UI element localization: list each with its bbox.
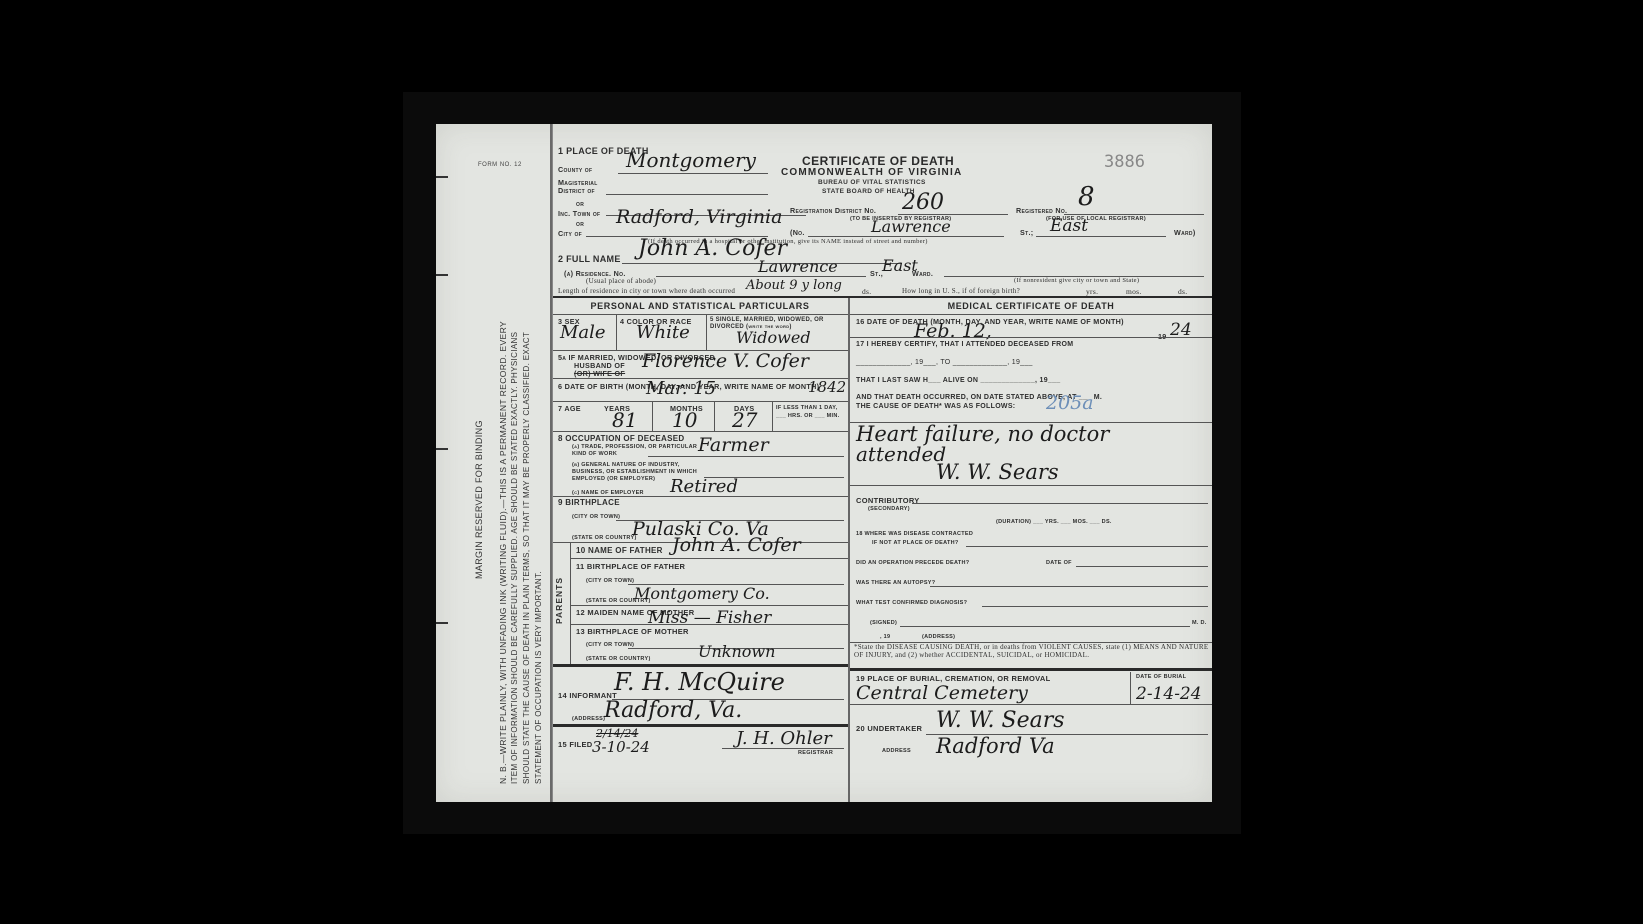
md-label: M. D. bbox=[1192, 620, 1207, 626]
mother-state-label: (STATE OR COUNTRY) bbox=[586, 656, 651, 662]
rule bbox=[982, 606, 1208, 607]
city-label: City of bbox=[558, 229, 582, 238]
cause-code: 205a bbox=[1046, 392, 1094, 414]
street-value: Lawrence bbox=[871, 217, 951, 236]
registered-line bbox=[1064, 214, 1204, 215]
contributory-label: CONTRIBUTORY bbox=[856, 496, 920, 505]
parents-side-label: PARENTS bbox=[554, 577, 564, 624]
attended-dates: _____________, 19___, TO _____________, … bbox=[856, 359, 1033, 366]
ward-value: East bbox=[1050, 216, 1088, 236]
certify-label: 17 I HEREBY CERTIFY, THAT I ATTENDED DEC… bbox=[856, 341, 1073, 348]
rule bbox=[648, 456, 844, 457]
magisterial-label: Magisterial District of bbox=[558, 179, 618, 195]
district-value: 260 bbox=[902, 190, 944, 215]
street-line bbox=[808, 236, 1004, 237]
ward-line bbox=[1036, 236, 1166, 237]
ds-label: ds. bbox=[862, 287, 871, 296]
length-label: Length of residence in city or town wher… bbox=[558, 287, 735, 295]
spouse-value: Florence V. Cofer bbox=[642, 350, 809, 372]
registered-no-label: Registered No. bbox=[1016, 206, 1067, 215]
county-label: County of bbox=[558, 165, 592, 174]
age-days: 27 bbox=[732, 408, 757, 432]
informant-value: F. H. McQuire bbox=[614, 668, 785, 696]
full-name-label: 2 FULL NAME bbox=[558, 254, 621, 264]
rule bbox=[966, 546, 1208, 547]
marital-value: Widowed bbox=[736, 328, 811, 347]
binding-tick bbox=[436, 176, 448, 178]
magisterial-line bbox=[606, 194, 768, 195]
contracted-label: 18 WHERE WAS DISEASE CONTRACTED bbox=[856, 531, 973, 537]
abode-note: (Usual place of abode) bbox=[586, 277, 656, 285]
cause-signature: W. W. Sears bbox=[936, 460, 1059, 484]
employer-value: Retired bbox=[670, 476, 738, 497]
rule bbox=[552, 496, 848, 497]
filed-date: 3-10-24 bbox=[592, 738, 650, 756]
nonresident-note: (If nonresident give city or town and St… bbox=[1014, 277, 1139, 284]
county-value: Montgomery bbox=[626, 148, 756, 172]
dob-value: Mar. 15 bbox=[646, 378, 716, 399]
margin-rule bbox=[552, 124, 553, 802]
city-value: Radford, Virginia bbox=[616, 206, 782, 228]
death-certificate: FORM NO. 12 MARGIN RESERVED FOR BINDING … bbox=[436, 124, 1212, 802]
personal-header: PERSONAL AND STATISTICAL PARTICULARS bbox=[552, 301, 848, 311]
rule bbox=[552, 401, 848, 402]
father-bp-label: 11 BIRTHPLACE OF FATHER bbox=[576, 562, 685, 571]
residence-ward-label: Ward. bbox=[912, 269, 933, 278]
rule bbox=[772, 401, 773, 431]
trade-value: Farmer bbox=[698, 434, 769, 456]
age-years: 81 bbox=[612, 408, 637, 432]
rule bbox=[850, 314, 1212, 315]
street-no-label: (No. bbox=[790, 228, 805, 237]
section-divider bbox=[552, 296, 1212, 298]
rule bbox=[850, 704, 1212, 705]
cause-line-2: attended bbox=[856, 442, 946, 466]
rule bbox=[850, 337, 1212, 338]
instructions-line-1: N. B.—WRITE PLAINLY, WITH UNFADING INK (… bbox=[498, 321, 508, 784]
binding-tick bbox=[436, 274, 448, 276]
rule bbox=[930, 586, 1208, 587]
us-label: How long in U. S., if of foreign birth? bbox=[902, 287, 1020, 295]
medical-header: MEDICAL CERTIFICATE OF DEATH bbox=[850, 301, 1212, 311]
date-of-label: DATE OF bbox=[1046, 560, 1072, 566]
form-number: FORM NO. 12 bbox=[478, 162, 522, 168]
rule bbox=[570, 558, 848, 559]
registered-value: 8 bbox=[1078, 182, 1095, 212]
contracted-label-2: IF NOT AT PLACE OF DEATH? bbox=[872, 540, 959, 546]
certificate-board: STATE BOARD OF HEALTH bbox=[822, 188, 915, 195]
undertaker-value: W. W. Sears bbox=[936, 708, 1065, 733]
father-bp-value: Montgomery Co. bbox=[634, 584, 770, 603]
undertaker-label: 20 UNDERTAKER bbox=[856, 724, 922, 733]
st-label: St.; bbox=[1020, 228, 1033, 237]
mos-label: mos. bbox=[1126, 287, 1142, 296]
certificate-state: COMMONWEALTH OF VIRGINIA bbox=[781, 167, 962, 178]
rule bbox=[570, 624, 848, 625]
instructions-line-4: STATEMENT OF OCCUPATION IS VERY IMPORTAN… bbox=[534, 571, 543, 784]
column-divider bbox=[848, 298, 850, 802]
binding-note: MARGIN RESERVED FOR BINDING bbox=[474, 420, 484, 579]
informant-address-label: (ADDRESS) bbox=[572, 716, 605, 722]
certificate-title: CERTIFICATE OF DEATH bbox=[802, 154, 954, 168]
rule bbox=[552, 431, 848, 432]
undertaker-address: Radford Va bbox=[936, 734, 1055, 758]
secondary-label: (SECONDARY) bbox=[868, 506, 910, 512]
rule bbox=[570, 542, 571, 664]
rule bbox=[722, 748, 844, 749]
rule bbox=[714, 401, 715, 431]
or-label: or bbox=[576, 219, 584, 228]
mother-bp-value: Unknown bbox=[698, 642, 775, 661]
age-months: 10 bbox=[672, 408, 697, 432]
mother-value: Miss — Fisher bbox=[648, 608, 771, 628]
rule bbox=[652, 401, 653, 431]
rule bbox=[900, 626, 1190, 627]
father-value: John A. Cofer bbox=[672, 534, 801, 556]
less-than-label: IF LESS THAN 1 DAY, ___ HRS. OR ___ MIN. bbox=[776, 404, 846, 420]
instructions-line-2: ITEM OF INFORMATION SHOULD BE CAREFULLY … bbox=[510, 332, 519, 784]
burial-date-label: DATE OF BURIAL bbox=[1136, 674, 1186, 680]
autopsy-label: WAS THERE AN AUTOPSY? bbox=[856, 580, 935, 586]
residence-line bbox=[656, 276, 866, 277]
signed-label: (SIGNED) bbox=[870, 620, 897, 626]
rule bbox=[616, 314, 617, 350]
town-label: Inc. Town of bbox=[558, 209, 600, 218]
rule bbox=[706, 314, 707, 350]
undertaker-address-label: ADDRESS bbox=[882, 748, 911, 754]
last-saw-label: THAT I LAST SAW H___ ALIVE ON __________… bbox=[856, 377, 1060, 384]
section-divider bbox=[552, 664, 848, 667]
spouse-label-c: (OR) WIFE OF bbox=[574, 369, 625, 378]
operation-label: DID AN OPERATION PRECEDE DEATH? bbox=[856, 560, 969, 566]
age-label: 7 AGE bbox=[558, 404, 581, 413]
occupation-label: 8 OCCUPATION OF DECEASED bbox=[558, 434, 684, 443]
nineteen-label: , 19 bbox=[880, 634, 890, 640]
residence-street: Lawrence bbox=[758, 257, 838, 276]
birthplace-city-label: (CITY OR TOWN) bbox=[572, 514, 620, 520]
rule bbox=[570, 605, 848, 606]
county-line bbox=[618, 173, 768, 174]
length-value: About 9 y long bbox=[746, 278, 842, 293]
dod-value: Feb. 12, bbox=[914, 320, 992, 342]
mother-bp-label: 13 BIRTHPLACE OF MOTHER bbox=[576, 627, 689, 636]
cause-label: THE CAUSE OF DEATH* WAS AS FOLLOWS: bbox=[856, 403, 1015, 410]
registration-district-label: Registration District No. bbox=[790, 206, 876, 215]
registrar-label: REGISTRAR bbox=[798, 750, 833, 756]
race-value: White bbox=[636, 322, 690, 343]
rule bbox=[552, 314, 848, 315]
cause-footnote: *State the DISEASE CAUSING DEATH, or in … bbox=[854, 644, 1210, 659]
informant-address: Radford, Va. bbox=[604, 698, 742, 723]
sex-value: Male bbox=[560, 322, 606, 343]
filed-label: 15 FILED bbox=[558, 740, 593, 749]
rule bbox=[1130, 672, 1131, 704]
birthplace-state-label: (STATE OR COUNTRY) bbox=[572, 535, 637, 541]
father-label: 10 NAME OF FATHER bbox=[576, 546, 663, 555]
section-divider bbox=[850, 668, 1212, 671]
birthplace-label: 9 BIRTHPLACE bbox=[558, 498, 620, 507]
yrs-label: yrs. bbox=[1086, 287, 1098, 296]
ward-label: Ward) bbox=[1174, 228, 1196, 237]
dob-year: 1842 bbox=[808, 378, 846, 396]
rule bbox=[850, 485, 1212, 486]
binding-tick bbox=[436, 448, 448, 450]
duration-label: (DURATION) ___ YRS. ___ MOS. ___ DS. bbox=[996, 519, 1112, 525]
test-label: WHAT TEST CONFIRMED DIAGNOSIS? bbox=[856, 600, 967, 606]
ds2-label: ds. bbox=[1178, 287, 1187, 296]
certificate-number: 3886 bbox=[1104, 152, 1145, 172]
medical-address-label: (ADDRESS) bbox=[922, 634, 955, 640]
burial-date-value: 2-14-24 bbox=[1136, 684, 1202, 704]
instructions-line-3: SHOULD STATE THE CAUSE OF DEATH IN PLAIN… bbox=[522, 332, 531, 784]
rule bbox=[1076, 566, 1208, 567]
binding-tick bbox=[436, 622, 448, 624]
binding-margin: FORM NO. 12 MARGIN RESERVED FOR BINDING … bbox=[436, 124, 552, 802]
burial-place-value: Central Cemetery bbox=[856, 682, 1028, 704]
rule bbox=[912, 503, 1208, 504]
or-label: or bbox=[576, 199, 584, 208]
certificate-bureau: BUREAU OF VITAL STATISTICS bbox=[818, 179, 926, 186]
registrar-signature: J. H. Ohler bbox=[736, 728, 832, 749]
